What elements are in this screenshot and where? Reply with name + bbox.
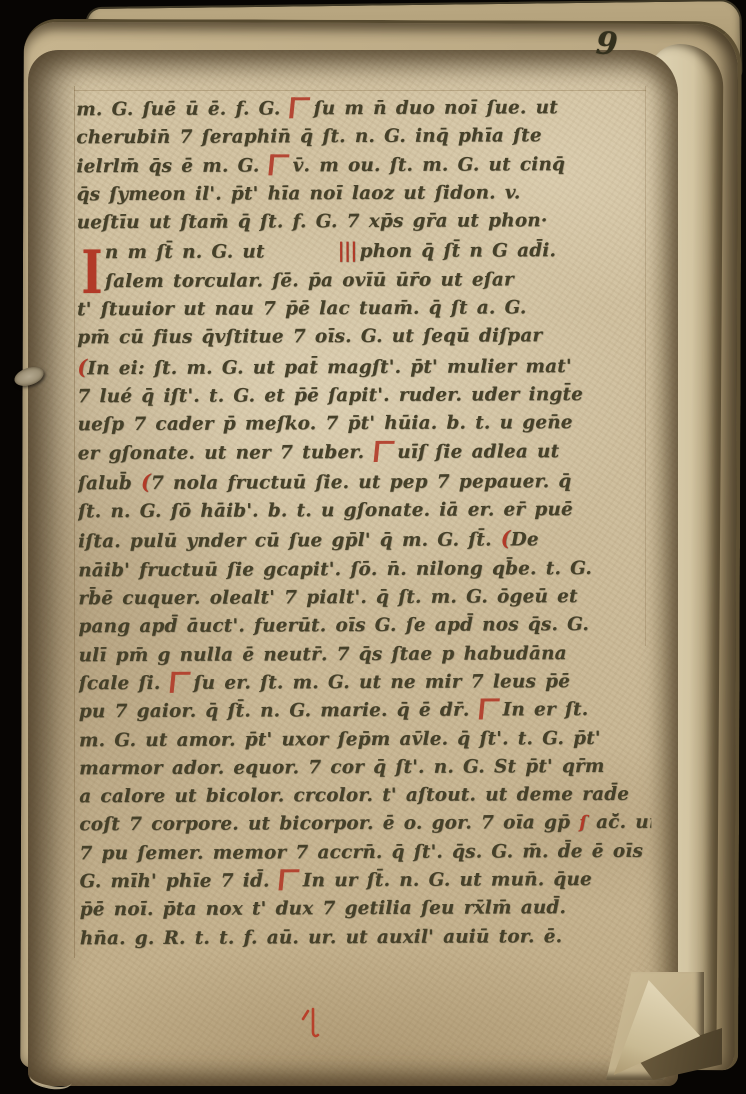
rubric-pilcrow-mark: [169, 672, 190, 693]
line-text: In ei: ſt. m. G. ut pat̄ magſt'. p̄t' mu…: [87, 356, 572, 379]
rubric-paren-mark: (: [141, 470, 151, 494]
line-text: 7 nola fructuū ſie. ut pep 7 pepauer. q̄: [151, 471, 572, 494]
line-text: iſta. pulū ynder cū ſue gp̄l' q̄ m. G. ſ…: [78, 530, 501, 553]
manuscript-line: 7 pu ſemer. memor 7 accrn̄. q̄ ſt'. q̄s.…: [79, 837, 651, 868]
line-text: ueſtīu ut ſtam̄ q̄ ſt. f. G. 7 xp̄s gr̄a…: [77, 210, 548, 233]
line-text: In ur ſt̄. n. G. ut mun̄. q̄ue: [303, 869, 592, 891]
manuscript-line: hn̄a. g. R. t. t. f. aū. ur. ut auxil' a…: [80, 922, 652, 953]
line-text: De: [511, 530, 539, 551]
line-text: m. G. ſuē ū ē. f. G.: [76, 98, 289, 120]
manuscript-line: marmor ador. equor. 7 cor q̄ ſt'. n. G. …: [79, 753, 651, 784]
line-text: m. G. ut amor. p̄t' uxor ſep̄m av̄le. q̄…: [79, 728, 601, 751]
line-text: ielrlm̄ q̄s ē m. G.: [76, 155, 268, 177]
line-text: q̄s ſymeon il'. p̄t' hīa noī laoz ut ſid…: [77, 182, 521, 205]
rubric-paren-mark: (: [77, 355, 87, 379]
manuscript-line: rb̄ē cuquer. olealt' 7 pialt'. q̄ ſt. m.…: [78, 583, 650, 614]
manuscript-line: a calore ut bicolor. crcolor. t' aſtout.…: [79, 781, 651, 812]
manuscript-line: ielrlm̄ q̄s ē m. G. v̄. m ou. ſt. m. G. …: [76, 150, 648, 181]
manuscript-line: m. G. ſuē ū ē. f. G. ſu m n̄ duo noī ſue…: [76, 94, 648, 125]
line-text: v̄. m ou. ſt. m. G. ut cinq̄: [293, 154, 566, 176]
manuscript-line: 7 lué q̄ iſt'. t. G. et p̄ē ſapit'. rude…: [77, 381, 649, 412]
line-text: ueſp 7 cader p̄ meſko. 7 p̄t' hūia. b. t…: [78, 412, 573, 435]
folio-number: 9: [595, 25, 619, 62]
manuscript-line: ſalem torcular. ſē. p̄a ovīū ūr̄o ut eſa…: [77, 266, 649, 297]
line-text: n m ſt̄ n. G. ut: [105, 242, 338, 264]
line-text: In er ſt.: [503, 699, 589, 720]
manuscript-line: t' ſtuuior ut nau 7 p̄ē lac tuam̄. q̄ ſt…: [77, 294, 649, 325]
manuscript-line: cherubin̄ 7 ſeraphin̄ q̄ ſt. n. G. inq̄ …: [76, 122, 648, 153]
line-text: ſcale ſi.: [79, 673, 170, 694]
line-text: ſu m n̄ duo noī ſue. ut: [314, 97, 558, 119]
line-text: rb̄ē cuquer. olealt' 7 pialt'. q̄ ſt. m.…: [78, 586, 577, 609]
rubric-pilcrow-mark: [290, 97, 311, 118]
manuscript-line: er gſonate. ut ner 7 tuber. uīſ ſie adle…: [78, 437, 650, 468]
manuscript-line: ueſtīu ut ſtam̄ q̄ ſt. f. G. 7 xp̄s gr̄a…: [77, 207, 649, 238]
manuscript-line: coſt 7 corpore. ut bicorpor. ē o. gor. 7…: [79, 809, 651, 840]
manuscript-line: pu 7 gaior. q̄ ſt̄. n. G. marie. q̄ ē dr…: [79, 696, 651, 727]
rubric-bars-mark: |||: [337, 239, 356, 263]
manuscript-line: (In ei: ſt. m. G. ut pat̄ magſt'. p̄t' m…: [77, 350, 649, 383]
manuscript-line: ſt. n. G. ſō hāib'. b. t. u gſonate. iā …: [78, 496, 650, 527]
text-block: m. G. ſuē ū ē. f. G. ſu m n̄ duo noī ſue…: [76, 94, 652, 958]
line-text: a calore ut bicolor. crcolor. t' aſtout.…: [79, 784, 629, 807]
rubric-pilcrow-mark: [269, 154, 290, 175]
line-text: 7 pu ſemer. memor 7 accrn̄. q̄ ſt'. q̄s.…: [79, 841, 643, 864]
line-text: pang apd̄ āuct'. fuerūt. oīs G. ſe apd̄ …: [78, 614, 589, 637]
rubric-paren-mark: (: [501, 527, 511, 551]
line-text: ulī pm̄ g nulla ē neutr̄. 7 q̄s ſtae p h…: [79, 643, 567, 666]
line-text: cherubin̄ 7 ſeraphin̄ q̄ ſt. n. G. inq̄ …: [76, 126, 542, 149]
rubric-pilcrow-mark: [373, 440, 394, 461]
ruling-line-top: [74, 90, 646, 91]
line-text: ač̄. ur: [587, 812, 652, 833]
line-text: er gſonate. ut ner 7 tuber.: [78, 442, 374, 464]
line-text: phon q̄ ſt̄ n G ad̄i.: [360, 241, 557, 263]
ruling-line-left: [74, 86, 75, 958]
line-text: pm̄ cū fius q̄vſtitue 7 oīs. G. ut ſeqū …: [77, 326, 542, 349]
line-text: hn̄a. g. R. t. t. f. aū. ur. ut auxil' a…: [80, 926, 562, 949]
line-text: pu 7 gaior. q̄ ſt̄. n. G. marie. q̄ ē dr…: [79, 700, 479, 723]
line-text: marmor ador. equor. 7 cor q̄ ſt'. n. G. …: [79, 756, 605, 779]
line-text: t' ſtuuior ut nau 7 p̄ē lac tuam̄. q̄ ſt…: [77, 297, 526, 320]
manuscript-line: iſta. pulū ynder cū ſue gp̄l' q̄ m. G. ſ…: [78, 524, 650, 557]
manuscript-line: p̄ē noī. p̄ta nox t' dux 7 getilia ſeu r…: [80, 894, 652, 925]
manuscript-line: m. G. ut amor. p̄t' uxor ſep̄m av̄le. q̄…: [79, 724, 651, 755]
manuscript-line: pm̄ cū fius q̄vſtitue 7 oīs. G. ut ſeqū …: [77, 322, 649, 353]
line-text: ſalem torcular. ſē. p̄a ovīū ūr̄o ut eſa…: [105, 269, 514, 292]
rubric-pilcrow-mark: [478, 699, 499, 720]
manuscript-line: nāib' fructuū ſie gcapit'. ſō. n̄. nilon…: [78, 555, 650, 586]
manuscript-line: n m ſt̄ n. G. ut |||phon q̄ ſt̄ n G ad̄i…: [77, 235, 649, 268]
line-text: uīſ ſie adlea ut: [397, 441, 559, 463]
manuscript-line: ſcale ſi. ſu er. ſt. m. G. ut ne mir 7 l…: [79, 668, 651, 699]
quire-mark-icon: [300, 1006, 322, 1044]
photo-background: 9 I m. G. ſuē ū ē. f. G. ſu m n̄ duo noī…: [0, 0, 746, 1094]
line-text: ſalub̄: [78, 473, 141, 494]
manuscript-line: q̄s ſymeon il'. p̄t' hīa noī laoz ut ſid…: [76, 179, 648, 210]
rubric-tick-mark: ſ: [579, 813, 587, 833]
manuscript-line: pang apd̄ āuct'. fuerūt. oīs G. ſe apd̄ …: [78, 611, 650, 642]
rubric-pilcrow-mark: [279, 869, 300, 890]
line-text: G. mīh' phīe 7 id̄.: [80, 870, 279, 892]
line-text: ſt. n. G. ſō hāib'. b. t. u gſonate. iā …: [78, 499, 573, 522]
line-text: p̄ē noī. p̄ta nox t' dux 7 getilia ſeu r…: [80, 897, 566, 920]
manuscript-line: G. mīh' phīe 7 id̄. In ur ſt̄. n. G. ut …: [79, 866, 651, 897]
line-text: ſu er. ſt. m. G. ut ne mir 7 leus p̄ē: [193, 671, 570, 694]
line-text: 7 lué q̄ iſt'. t. G. et p̄ē ſapit'. rude…: [77, 384, 583, 407]
line-text: nāib' fructuū ſie gcapit'. ſō. n̄. nilon…: [78, 558, 592, 581]
manuscript-line: ulī pm̄ g nulla ē neutr̄. 7 q̄s ſtae p h…: [79, 639, 651, 670]
line-text: coſt 7 corpore. ut bicorpor. ē o. gor. 7…: [79, 812, 579, 835]
manuscript-line: ſalub̄ (7 nola fructuū ſie. ut pep 7 pep…: [78, 466, 650, 499]
manuscript-line: ueſp 7 cader p̄ meſko. 7 p̄t' hūia. b. t…: [77, 409, 649, 440]
